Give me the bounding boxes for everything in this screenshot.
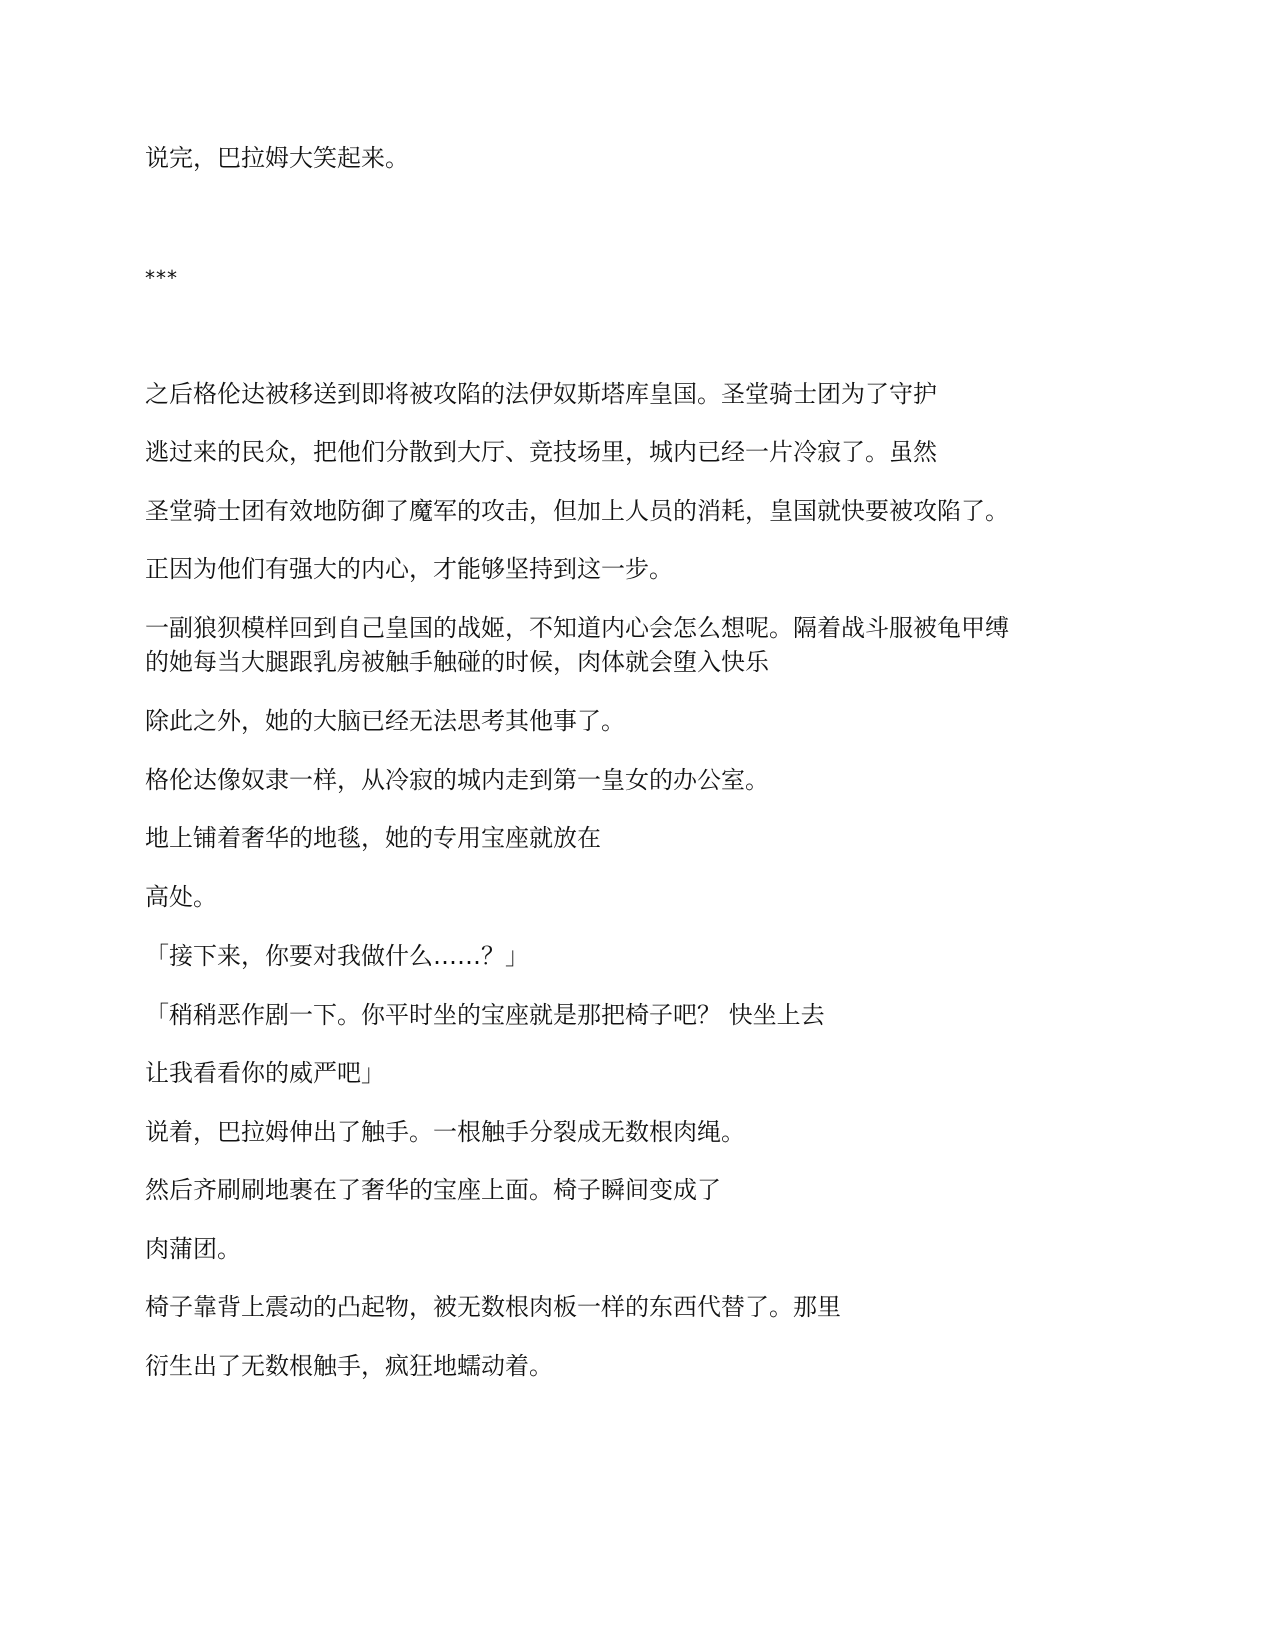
wrapped-paragraph: 一副狼狈模样回到自己皇国的战姬，不知道内心会怎么想呢。隔着战斗服被龟甲缚 的她每… (145, 611, 1085, 679)
paragraph-line: 圣堂骑士团有效地防御了魔军的攻击，但加上人员的消耗，皇国就快要被攻陷了。 (145, 494, 1009, 528)
wrapped-paragraph-line-1: 一副狼狈模样回到自己皇国的战姬，不知道内心会怎么想呢。隔着战斗服被龟甲缚 (145, 611, 1085, 645)
section-separator: *** (145, 266, 178, 290)
paragraph-line: 正因为他们有强大的内心，才能够坚持到这一步。 (145, 552, 673, 586)
paragraph-line: 之后格伦达被移送到即将被攻陷的法伊奴斯塔库皇国。圣堂骑士团为了守护 (145, 377, 937, 411)
paragraph-line: 高处。 (145, 880, 217, 914)
paragraph-line: 地上铺着奢华的地毯，她的专用宝座就放在 (145, 821, 601, 855)
dialogue-line: 「稍稍恶作剧一下。你平时坐的宝座就是那把椅子吧？ 快坐上去 (145, 998, 825, 1032)
paragraph-line: 格伦达像奴隶一样，从冷寂的城内走到第一皇女的办公室。 (145, 763, 769, 797)
paragraph-line: 逃过来的民众，把他们分散到大厅、竞技场里，城内已经一片冷寂了。虽然 (145, 435, 937, 469)
wrapped-paragraph-line-2: 的她每当大腿跟乳房被触手触碰的时候，肉体就会堕入快乐 (145, 645, 1085, 679)
intro-line: 说完，巴拉姆大笑起来。 (145, 141, 409, 175)
dialogue-line: 让我看看你的威严吧」 (145, 1056, 385, 1090)
document-page: 说完，巴拉姆大笑起来。 *** 之后格伦达被移送到即将被攻陷的法伊奴斯塔库皇国。… (0, 0, 1275, 1650)
paragraph-line: 椅子靠背上震动的凸起物，被无数根肉板一样的东西代替了。那里 (145, 1290, 841, 1324)
paragraph-line: 然后齐刷刷地裹在了奢华的宝座上面。椅子瞬间变成了 (145, 1173, 721, 1207)
paragraph-line: 衍生出了无数根触手，疯狂地蠕动着。 (145, 1349, 553, 1383)
dialogue-line: 「接下来，你要对我做什么……？」 (145, 939, 529, 973)
paragraph-line: 除此之外，她的大脑已经无法思考其他事了。 (145, 704, 625, 738)
paragraph-line: 肉蒲团。 (145, 1232, 241, 1266)
paragraph-line: 说着，巴拉姆伸出了触手。一根触手分裂成无数根肉绳。 (145, 1115, 745, 1149)
